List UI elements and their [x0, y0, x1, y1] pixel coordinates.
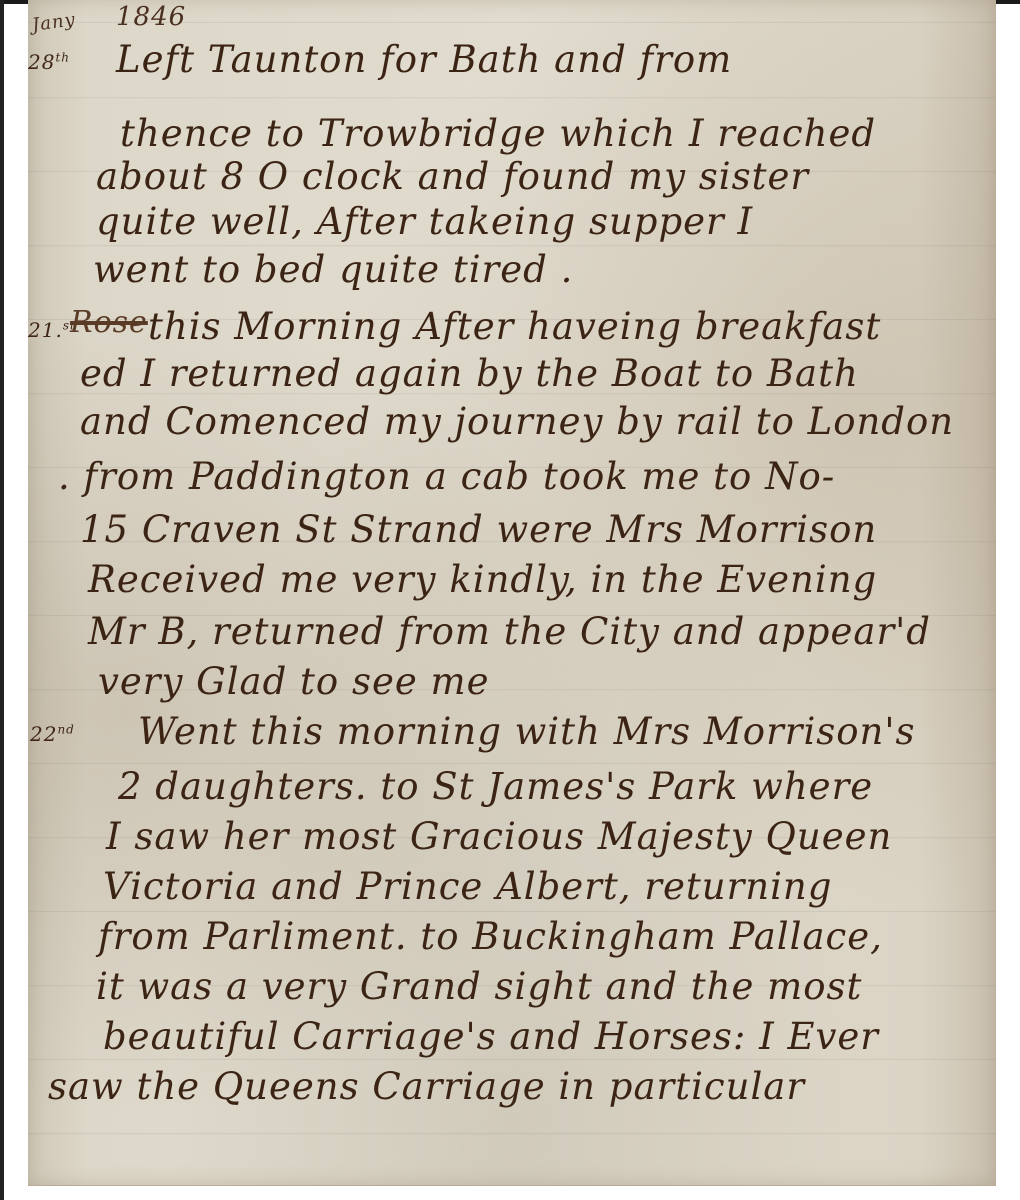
entry-line: saw the Queens Carriage in particular	[48, 1065, 805, 1108]
entry-date-21: 21.st	[28, 318, 76, 342]
scan-left-edge	[0, 0, 4, 1200]
entry-line: from Parliment. to Buckingham Pallace,	[98, 915, 883, 958]
entry-line: Received me very kindly, in the Evening	[88, 558, 877, 601]
entry-date-22: 22nd	[30, 722, 75, 746]
entry-line: very Glad to see me	[98, 660, 489, 703]
entry-line: Left Taunton for Bath and from	[116, 38, 732, 81]
entry-line: Went this morning with Mrs Morrison's	[138, 710, 916, 753]
date-number: 28	[28, 50, 55, 74]
entry-line: Victoria and Prince Albert, returning	[103, 865, 832, 908]
year-heading: 1846	[116, 2, 186, 32]
entry-line: it was a very Grand sight and the most	[96, 965, 862, 1008]
date-suffix: th	[55, 50, 70, 64]
entry-line: ed I returned again by the Boat to Bath	[80, 352, 859, 395]
entry-line: beautiful Carriage's and Horses: I Ever	[103, 1015, 879, 1058]
entry-line: I saw her most Gracious Majesty Queen	[106, 815, 892, 858]
diary-page: 1846 Jany 28th Left Taunton for Bath and…	[28, 0, 996, 1186]
entry-line: about 8 O clock and found my sister	[96, 155, 809, 198]
entry-line: . from Paddington a cab took me to No-	[58, 455, 835, 498]
entry-date-28: 28th	[28, 50, 70, 74]
entry-line: 15 Craven St Strand were Mrs Morrison	[80, 508, 877, 551]
date-number: 22	[30, 722, 57, 746]
entry-line: went to bed quite tired .	[93, 248, 573, 291]
entry-line: 2 daughters. to St James's Park where	[118, 765, 873, 808]
struck-word: Rose	[70, 305, 148, 340]
date-suffix: nd	[57, 722, 74, 736]
date-number: 21.	[28, 318, 63, 342]
entry-line: thence to Trowbridge which I reached	[120, 112, 876, 155]
entry-line: Mr B, returned from the City and appear'…	[88, 610, 931, 653]
entry-line: quite well, After takeing supper I	[96, 200, 753, 243]
entry-line: this Morning After haveing breakfast	[148, 305, 881, 348]
entry-line: and Comenced my journey by rail to Londo…	[80, 400, 954, 443]
